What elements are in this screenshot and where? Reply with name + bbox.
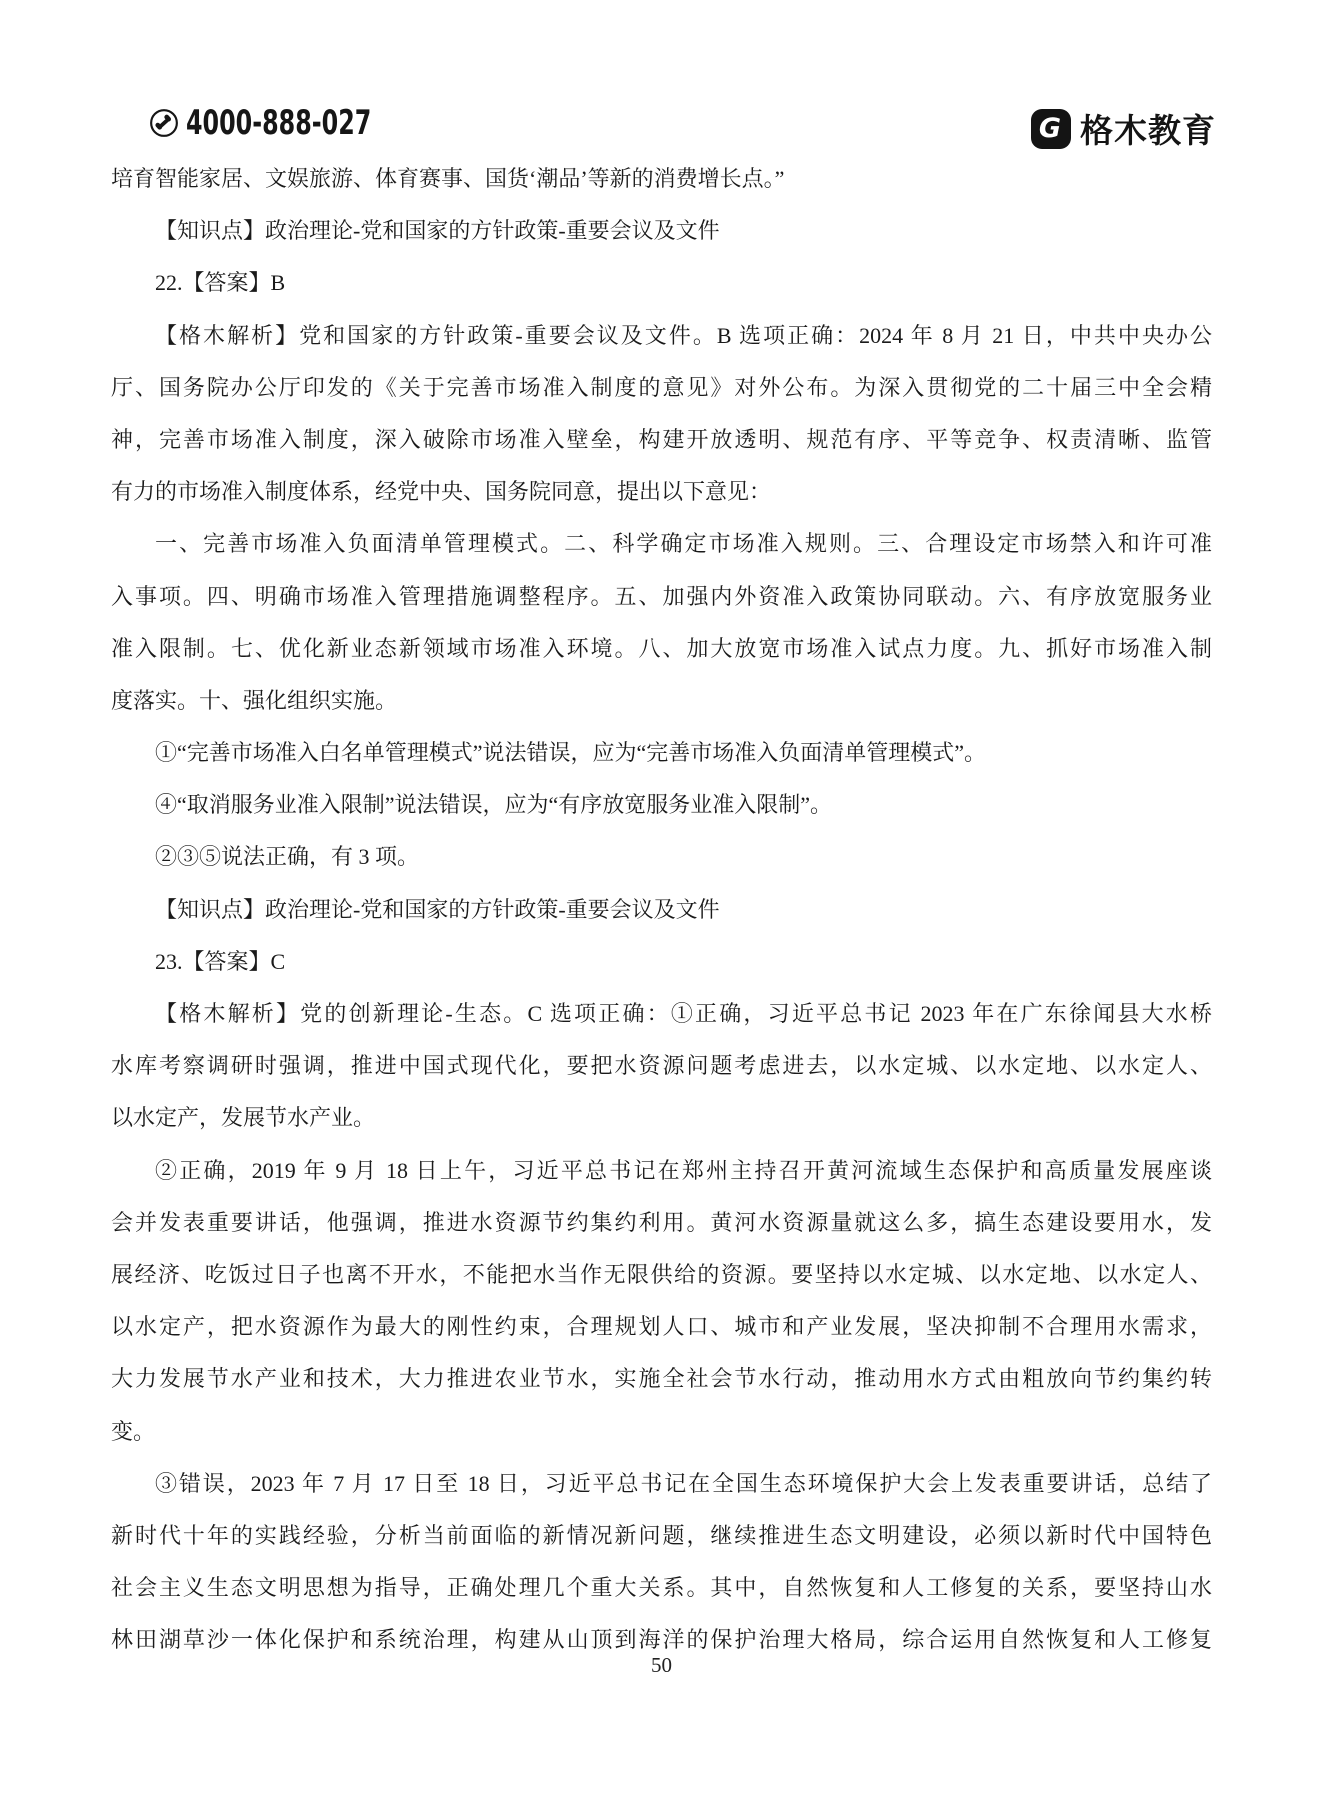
text-line: 有力的市场准入制度体系，经党中央、国务院同意，提出以下意见： xyxy=(111,466,1212,518)
paragraph: 【知识点】政治理论-党和国家的方针政策-重要会议及文件 xyxy=(111,884,1212,936)
header-phone: 4000-888-027 xyxy=(149,103,451,143)
phone-number: 4000-888-027 xyxy=(186,103,371,143)
paragraph: 【知识点】政治理论-党和国家的方针政策-重要会议及文件 xyxy=(111,205,1212,257)
gemu-logo-icon: G xyxy=(1031,109,1071,149)
text-line: 大力发展节水产业和技术，大力推进农业节水，实施全社会节水行动，推动用水方式由粗放… xyxy=(111,1353,1212,1405)
text-line: 神，完善市场准入制度，深入破除市场准入壁垒，构建开放透明、规范有序、平等竞争、权… xyxy=(111,414,1212,466)
text-line: 变。 xyxy=(111,1406,1212,1458)
text-line: 【格木解析】党和国家的方针政策-重要会议及文件。B 选项正确：2024 年 8 … xyxy=(111,310,1212,362)
paragraph: 【格木解析】党和国家的方针政策-重要会议及文件。B 选项正确：2024 年 8 … xyxy=(111,310,1212,519)
page-footer: 50 xyxy=(0,1649,1323,1681)
document-page: 4000-888-027 G 格木教育 培育智能家居、文娱旅游、体育赛事、国货‘… xyxy=(0,0,1323,1795)
phone-icon xyxy=(149,108,179,138)
logo-letter: G xyxy=(1039,115,1061,142)
page-number: 50 xyxy=(651,1653,672,1677)
text-line: 【知识点】政治理论-党和国家的方针政策-重要会议及文件 xyxy=(111,205,1212,257)
text-line: 社会主义生态文明思想为指导，正确处理几个重大关系。其中，自然恢复和人工修复的关系… xyxy=(111,1562,1212,1614)
paragraph: ③错误，2023 年 7 月 17 日至 18 日，习近平总书记在全国生态环境保… xyxy=(111,1458,1212,1667)
paragraph: 【格木解析】党的创新理论-生态。C 选项正确：①正确，习近平总书记 2023 年… xyxy=(111,988,1212,1145)
text-line: 培育智能家居、文娱旅游、体育赛事、国货‘潮品’等新的消费增长点。” xyxy=(111,153,1212,205)
text-line: 一、完善市场准入负面清单管理模式。二、科学确定市场准入规则。三、合理设定市场禁入… xyxy=(111,518,1212,570)
text-line: 23.【答案】C xyxy=(111,936,1212,988)
brand-name: 格木教育 xyxy=(1080,105,1216,152)
text-line: 【知识点】政治理论-党和国家的方针政策-重要会议及文件 xyxy=(111,884,1212,936)
document-body: 培育智能家居、文娱旅游、体育赛事、国货‘潮品’等新的消费增长点。”【知识点】政治… xyxy=(111,153,1212,1666)
brand-logo: G 格木教育 xyxy=(1031,105,1216,152)
text-line: 【格木解析】党的创新理论-生态。C 选项正确：①正确，习近平总书记 2023 年… xyxy=(111,988,1212,1040)
paragraph: ②正确，2019 年 9 月 18 日上午，习近平总书记在郑州主持召开黄河流域生… xyxy=(111,1145,1212,1458)
text-line: 准入限制。七、优化新业态新领域市场准入环境。八、加大放宽市场准入试点力度。九、抓… xyxy=(111,623,1212,675)
text-line: ②正确，2019 年 9 月 18 日上午，习近平总书记在郑州主持召开黄河流域生… xyxy=(111,1145,1212,1197)
text-line: 以水定产，发展节水产业。 xyxy=(111,1092,1212,1144)
text-line: ②③⑤说法正确，有 3 项。 xyxy=(111,831,1212,883)
paragraph: 一、完善市场准入负面清单管理模式。二、科学确定市场准入规则。三、合理设定市场禁入… xyxy=(111,518,1212,727)
paragraph: 22.【答案】B xyxy=(111,257,1212,309)
paragraph: 23.【答案】C xyxy=(111,936,1212,988)
text-line: 入事项。四、明确市场准入管理措施调整程序。五、加强内外资准入政策协同联动。六、有… xyxy=(111,571,1212,623)
paragraph: 培育智能家居、文娱旅游、体育赛事、国货‘潮品’等新的消费增长点。” xyxy=(111,153,1212,205)
text-line: 新时代十年的实践经验，分析当前面临的新情况新问题，继续推进生态文明建设，必须以新… xyxy=(111,1510,1212,1562)
text-line: 厅、国务院办公厅印发的《关于完善市场准入制度的意见》对外公布。为深入贯彻党的二十… xyxy=(111,362,1212,414)
paragraph: ①“完善市场准入白名单管理模式”说法错误，应为“完善市场准入负面清单管理模式”。 xyxy=(111,727,1212,779)
paragraph: ④“取消服务业准入限制”说法错误，应为“有序放宽服务业准入限制”。 xyxy=(111,779,1212,831)
text-line: 展经济、吃饭过日子也离不开水，不能把水当作无限供给的资源。要坚持以水定城、以水定… xyxy=(111,1249,1212,1301)
text-line: 水库考察调研时强调，推进中国式现代化，要把水资源问题考虑进去，以水定城、以水定地… xyxy=(111,1040,1212,1092)
text-line: 度落实。十、强化组织实施。 xyxy=(111,675,1212,727)
text-line: ④“取消服务业准入限制”说法错误，应为“有序放宽服务业准入限制”。 xyxy=(111,779,1212,831)
text-line: 22.【答案】B xyxy=(111,257,1212,309)
text-line: ①“完善市场准入白名单管理模式”说法错误，应为“完善市场准入负面清单管理模式”。 xyxy=(111,727,1212,779)
text-line: ③错误，2023 年 7 月 17 日至 18 日，习近平总书记在全国生态环境保… xyxy=(111,1458,1212,1510)
text-line: 以水定产，把水资源作为最大的刚性约束，合理规划人口、城市和产业发展，坚决抑制不合… xyxy=(111,1301,1212,1353)
text-line: 会并发表重要讲话，他强调，推进水资源节约集约利用。黄河水资源量就这么多，搞生态建… xyxy=(111,1197,1212,1249)
page-header: 4000-888-027 G 格木教育 xyxy=(0,0,1323,160)
paragraph: ②③⑤说法正确，有 3 项。 xyxy=(111,831,1212,883)
